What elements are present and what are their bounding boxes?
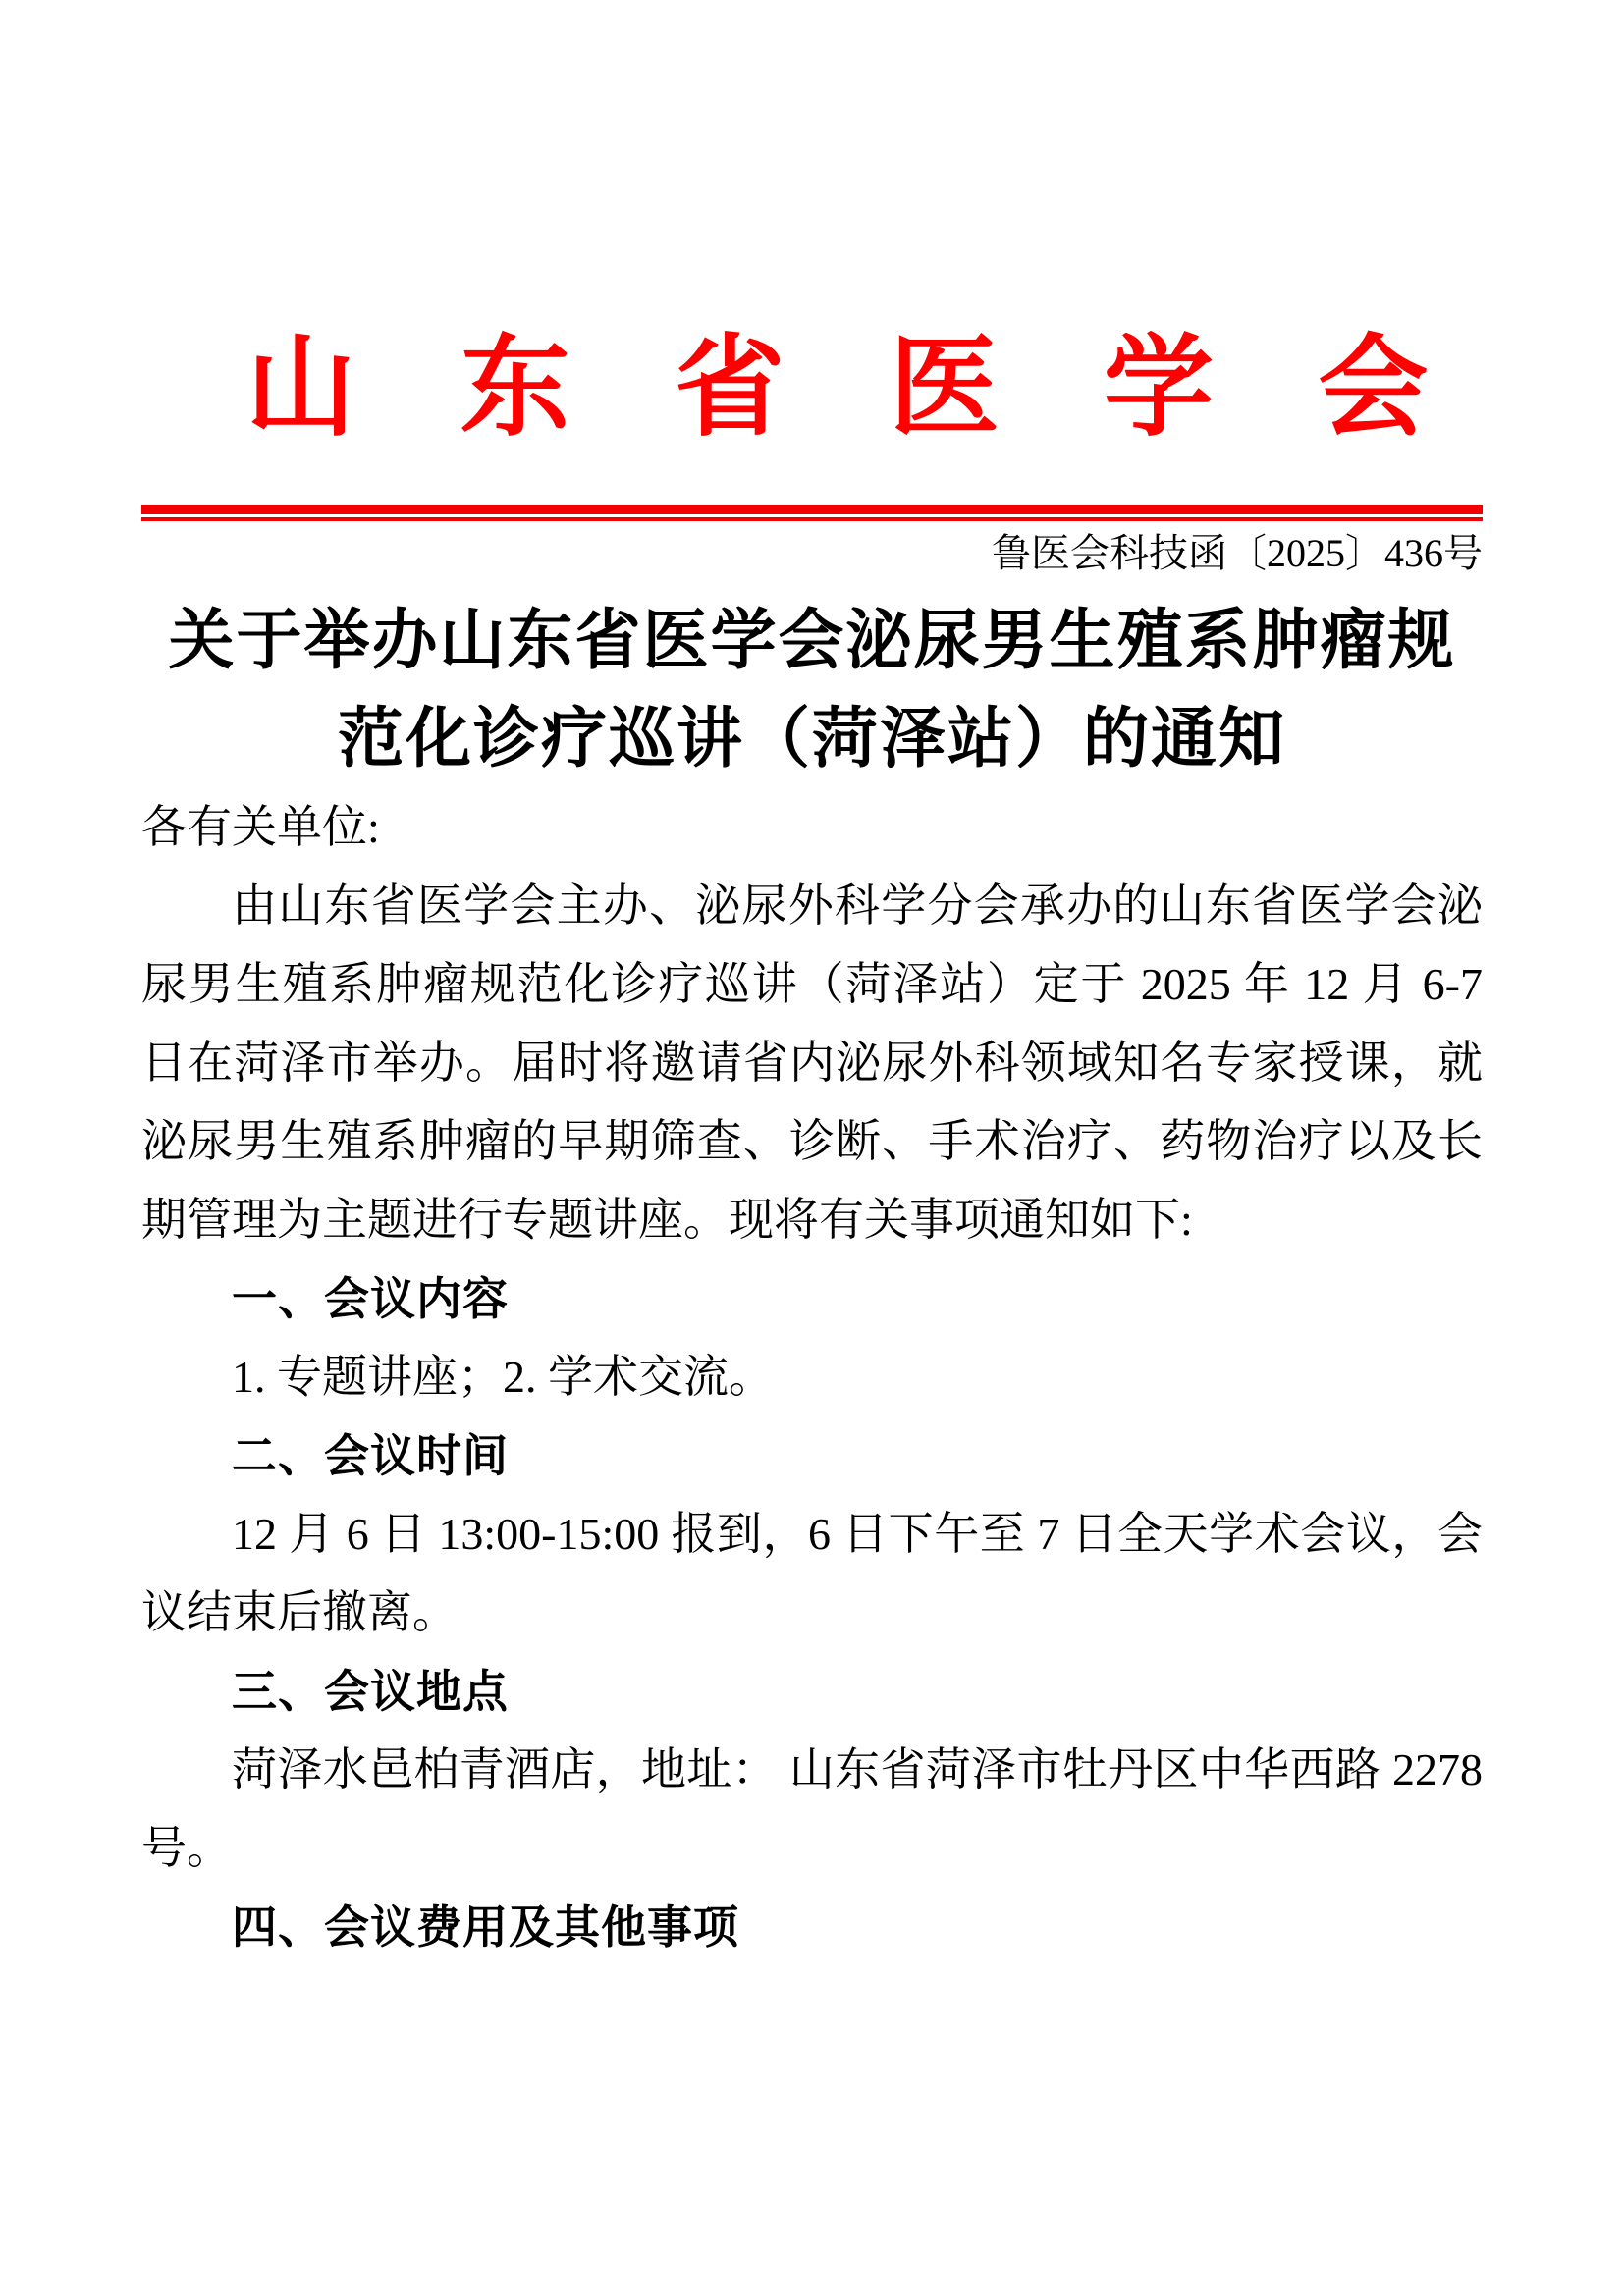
section-body-meeting-location: 菏泽水邑柏青酒店，地址： 山东省菏泽市牡丹区中华西路 2278 号。 xyxy=(141,1731,1483,1888)
letterhead-rule xyxy=(141,505,1483,521)
document-title-line2: 范化诊疗巡讲（菏泽站）的通知 xyxy=(141,690,1483,788)
document-number: 鲁医会科技函〔2025〕436号 xyxy=(141,529,1483,578)
section-heading-meeting-fees: 四、会议费用及其他事项 xyxy=(141,1888,1483,1966)
section-heading-meeting-content: 一、会议内容 xyxy=(141,1259,1483,1338)
document-title-line1: 关于举办山东省医学会泌尿男生殖系肿瘤规 xyxy=(141,592,1483,690)
document-title: 关于举办山东省医学会泌尿男生殖系肿瘤规 范化诊疗巡讲（菏泽站）的通知 xyxy=(141,592,1483,788)
letterhead-rule-thin xyxy=(141,517,1483,521)
intro-paragraph: 由山东省医学会主办、泌尿外科学分会承办的山东省医学会泌尿男生殖系肿瘤规范化诊疗巡… xyxy=(141,867,1483,1259)
document-page: 山东省医学会 鲁医会科技函〔2025〕436号 关于举办山东省医学会泌尿男生殖系… xyxy=(0,0,1624,2296)
org-letterhead: 山东省医学会 xyxy=(141,0,1483,448)
letterhead-rule-thick xyxy=(141,505,1483,514)
section-heading-meeting-location: 三、会议地点 xyxy=(141,1652,1483,1731)
salutation: 各有关单位: xyxy=(141,788,1483,867)
section-body-meeting-time: 12 月 6 日 13:00-15:00 报到，6 日下午至 7 日全天学术会议… xyxy=(141,1495,1483,1652)
section-heading-meeting-time: 二、会议时间 xyxy=(141,1416,1483,1495)
section-body-meeting-content: 1. 专题讲座；2. 学术交流。 xyxy=(141,1338,1483,1416)
